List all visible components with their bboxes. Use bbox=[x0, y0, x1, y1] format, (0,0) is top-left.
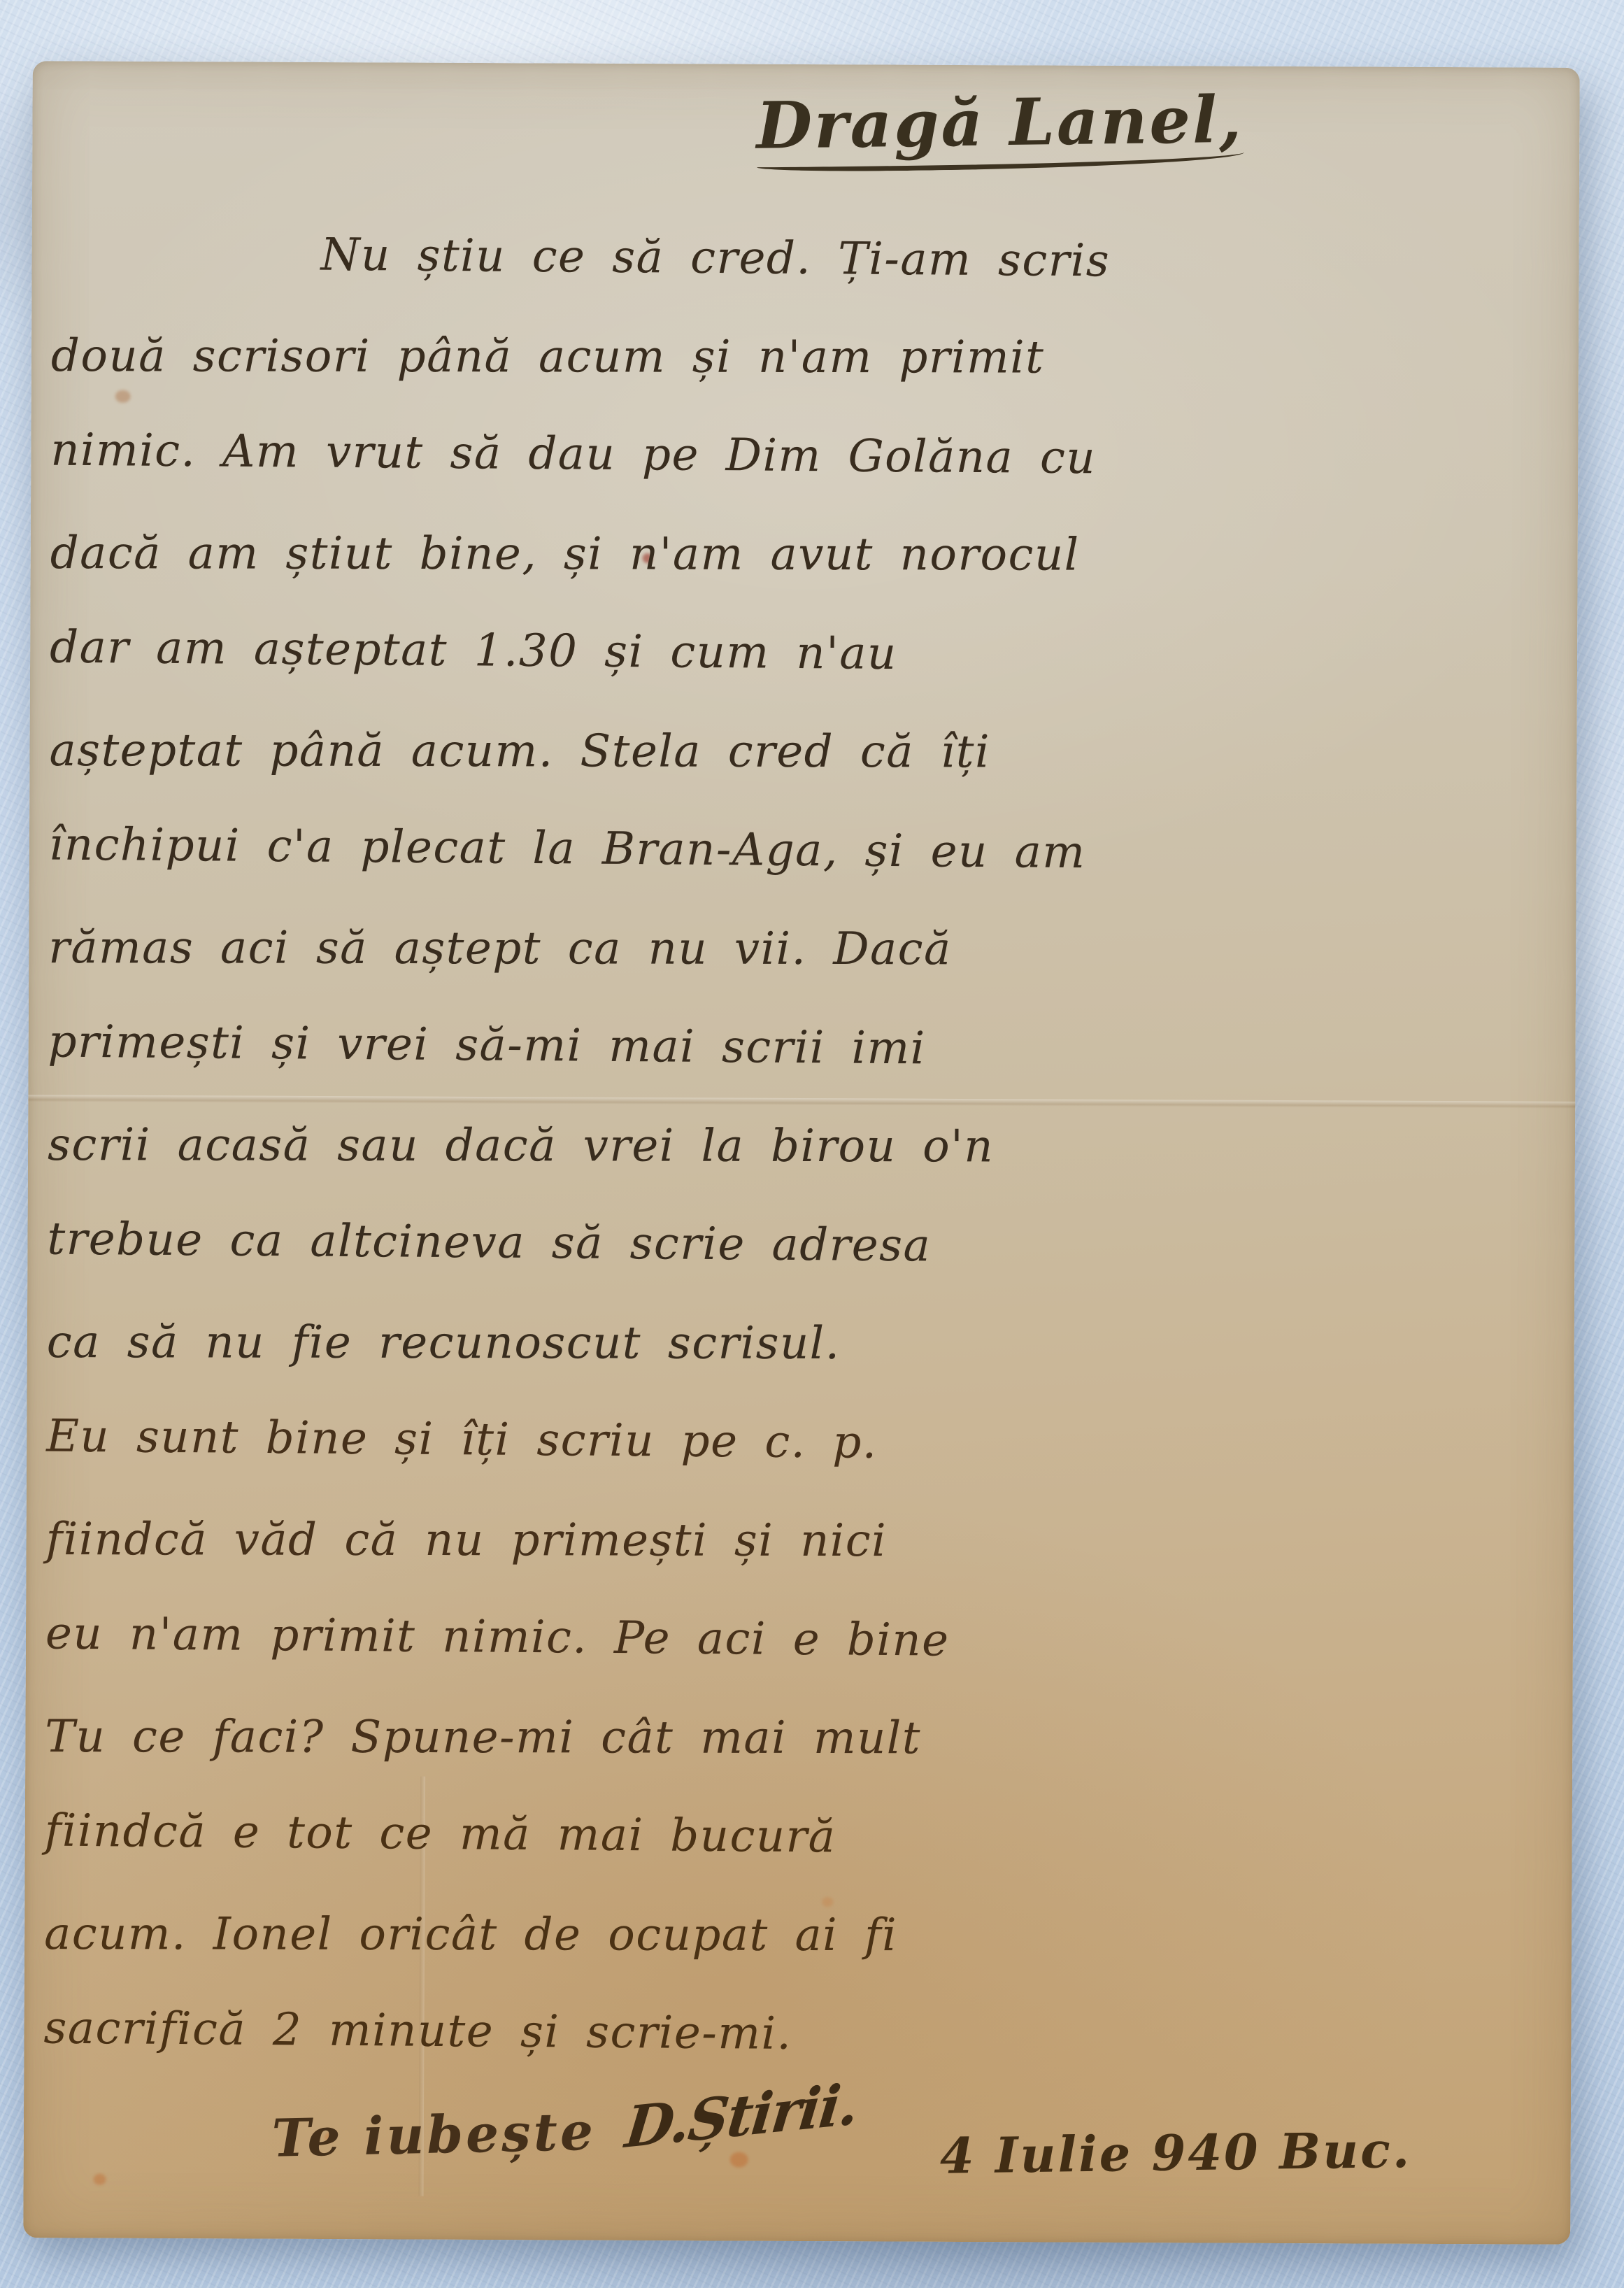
handwriting-line: rămas aci să aștept ca nu vii. Dacă bbox=[48, 899, 1545, 1000]
handwriting-line: două scrisori până acum și n'am primit bbox=[51, 307, 1548, 408]
handwriting-line: eu n'am primit nimic. Pe aci e bine bbox=[45, 1585, 1542, 1696]
dateline: 4 Iulie 940 Buc. bbox=[939, 2121, 1411, 2185]
handwriting-line: ca să nu fie recunoscut scrisul. bbox=[47, 1293, 1544, 1395]
postcard: Dragă Lanel, Nu știu ce să cred. Ți-am s… bbox=[23, 61, 1580, 2245]
handwriting-line: acum. Ionel oricât de ocupat ai fi bbox=[44, 1885, 1541, 1987]
letter-body: Nu știu ce să cred. Ți-am scrisdouă scri… bbox=[43, 206, 1548, 2087]
handwriting-line: fiindcă văd că nu primești și nici bbox=[45, 1491, 1542, 1592]
handwriting-line: Eu sunt bine și îți scriu pe c. p. bbox=[46, 1388, 1544, 1498]
handwriting-line: dacă am știut bine, și n'am avut norocul bbox=[50, 504, 1547, 606]
closing-row: Te iubește D.Știrii. 4 Iulie 940 Buc. bbox=[23, 2075, 1548, 2236]
handwriting-line: sacrifică 2 minute și scrie-mi. bbox=[43, 1980, 1541, 2090]
signature: D.Știrii. bbox=[622, 2070, 861, 2161]
handwriting-line: așteptat până acum. Stela cred că îți bbox=[49, 702, 1546, 803]
salutation: Dragă Lanel, bbox=[756, 82, 1244, 173]
handwriting-line: nimic. Am vrut să dau pe Dim Golăna cu bbox=[50, 402, 1548, 512]
handwriting-line: Tu ce faci? Spune-mi cât mai mult bbox=[45, 1688, 1541, 1789]
handwriting-line: Nu știu ce să cred. Ți-am scris bbox=[51, 204, 1548, 315]
handwriting-line: trebue ca altcineva să scrie adresa bbox=[47, 1191, 1544, 1301]
handwriting-line: fiindcă e tot ce mă mai bucură bbox=[44, 1782, 1541, 1893]
handwriting-line: închipui c'a plecat la Bran-Aga, și eu a… bbox=[48, 796, 1546, 907]
handwriting-line: primești și vrei să-mi mai scrii imi bbox=[48, 993, 1545, 1104]
closing-phrase: Te iubește bbox=[271, 2102, 597, 2169]
handwriting-line: scrii acasă sau dacă vrei la birou o'n bbox=[48, 1096, 1544, 1198]
handwriting-line: dar am așteptat 1.30 și cum n'au bbox=[50, 599, 1547, 709]
